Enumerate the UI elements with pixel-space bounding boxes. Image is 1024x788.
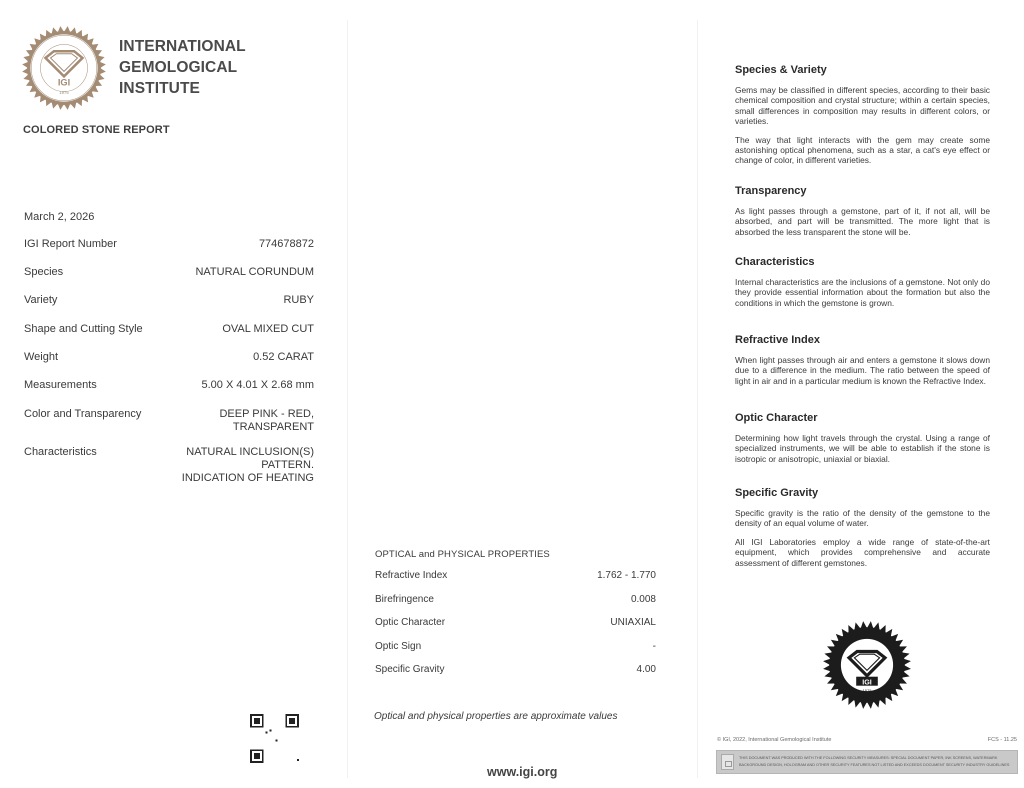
info-section: Optic CharacterDetermining how light tra…	[735, 412, 990, 472]
info-section-heading: Refractive Index	[735, 334, 990, 346]
property-value: 1.762 - 1.770	[597, 570, 656, 581]
field-value: NATURAL CORUNDUM	[195, 266, 314, 279]
svg-text:IGI: IGI	[58, 78, 70, 88]
info-section: TransparencyAs light passes through a ge…	[735, 185, 990, 245]
page-fold-line	[347, 20, 348, 778]
property-label: Birefringence	[375, 594, 434, 605]
svg-text:IGI: IGI	[862, 677, 872, 686]
field-label: Shape and Cutting Style	[24, 323, 143, 335]
field-label: Color and Transparency	[24, 408, 141, 420]
field-value: NATURAL INCLUSION(S)PATTERN.INDICATION O…	[182, 446, 314, 485]
field-label: Characteristics	[24, 446, 97, 458]
info-section-text: Gems may be classified in different spec…	[735, 85, 990, 127]
field-value: DEEP PINK - RED,TRANSPARENT	[219, 408, 314, 434]
property-label: Refractive Index	[375, 570, 447, 581]
qr-code[interactable]	[250, 714, 299, 763]
info-section: CharacteristicsInternal characteristics …	[735, 256, 990, 316]
security-features-text: THIS DOCUMENT WAS PRODUCED WITH THE FOLL…	[739, 755, 1013, 769]
info-section-text: All IGI Laboratories employ a wide range…	[735, 537, 990, 568]
property-value: 0.008	[631, 594, 656, 605]
property-value: -	[653, 641, 656, 652]
info-section-heading: Species & Variety	[735, 64, 990, 76]
info-section-text: Specific gravity is the ratio of the den…	[735, 508, 990, 529]
svg-text:1975: 1975	[59, 90, 69, 95]
field-label: Species	[24, 266, 63, 278]
info-section-text: Determining how light travels through th…	[735, 433, 990, 464]
info-section-heading: Characteristics	[735, 256, 990, 268]
info-section-text: Internal characteristics are the inclusi…	[735, 277, 990, 308]
field-label: Variety	[24, 294, 57, 306]
field-value: 0.52 CARAT	[253, 351, 314, 364]
field-value: 5.00 X 4.01 X 2.68 mm	[201, 379, 314, 392]
info-section: Refractive IndexWhen light passes throug…	[735, 334, 990, 394]
svg-text:1975: 1975	[863, 688, 873, 693]
igi-seal-logo: IGI 1975	[22, 26, 106, 110]
document-lock-icon	[721, 754, 734, 770]
property-label: Optic Sign	[375, 641, 421, 652]
optical-properties-title: OPTICAL and PHYSICAL PROPERTIES	[375, 549, 550, 560]
field-label: Weight	[24, 351, 58, 363]
info-section-text: The way that light interacts with the ge…	[735, 135, 990, 166]
info-section-text: When light passes through air and enters…	[735, 355, 990, 386]
website-link[interactable]: www.igi.org	[487, 765, 557, 779]
report-date: March 2, 2026	[24, 211, 94, 223]
igi-seal-stamp: IGI 1975	[822, 620, 912, 710]
copyright-notice: © IGI, 2022, International Gemological I…	[717, 737, 831, 743]
info-section: Specific GravitySpecific gravity is the …	[735, 487, 990, 576]
info-section-heading: Transparency	[735, 185, 990, 197]
property-label: Specific Gravity	[375, 664, 444, 675]
info-section-heading: Optic Character	[735, 412, 990, 424]
field-label: Measurements	[24, 379, 97, 391]
info-section-text: As light passes through a gemstone, part…	[735, 206, 990, 237]
organization-name: INTERNATIONAL GEMOLOGICAL INSTITUTE	[119, 36, 246, 99]
info-section: Species & VarietyGems may be classified …	[735, 64, 990, 174]
approximate-values-note: Optical and physical properties are appr…	[374, 711, 617, 722]
field-label: IGI Report Number	[24, 238, 117, 250]
property-value: UNIAXIAL	[610, 617, 656, 628]
field-value: OVAL MIXED CUT	[222, 323, 314, 336]
property-label: Optic Character	[375, 617, 445, 628]
document-code: FCS - 11.25	[988, 737, 1017, 743]
property-value: 4.00	[637, 664, 656, 675]
info-section-heading: Specific Gravity	[735, 487, 990, 499]
report-type-title: COLORED STONE REPORT	[23, 124, 170, 136]
page-fold-line	[697, 20, 698, 778]
security-features-box: THIS DOCUMENT WAS PRODUCED WITH THE FOLL…	[716, 750, 1018, 774]
field-value: 774678872	[259, 238, 314, 251]
field-value: RUBY	[283, 294, 314, 307]
